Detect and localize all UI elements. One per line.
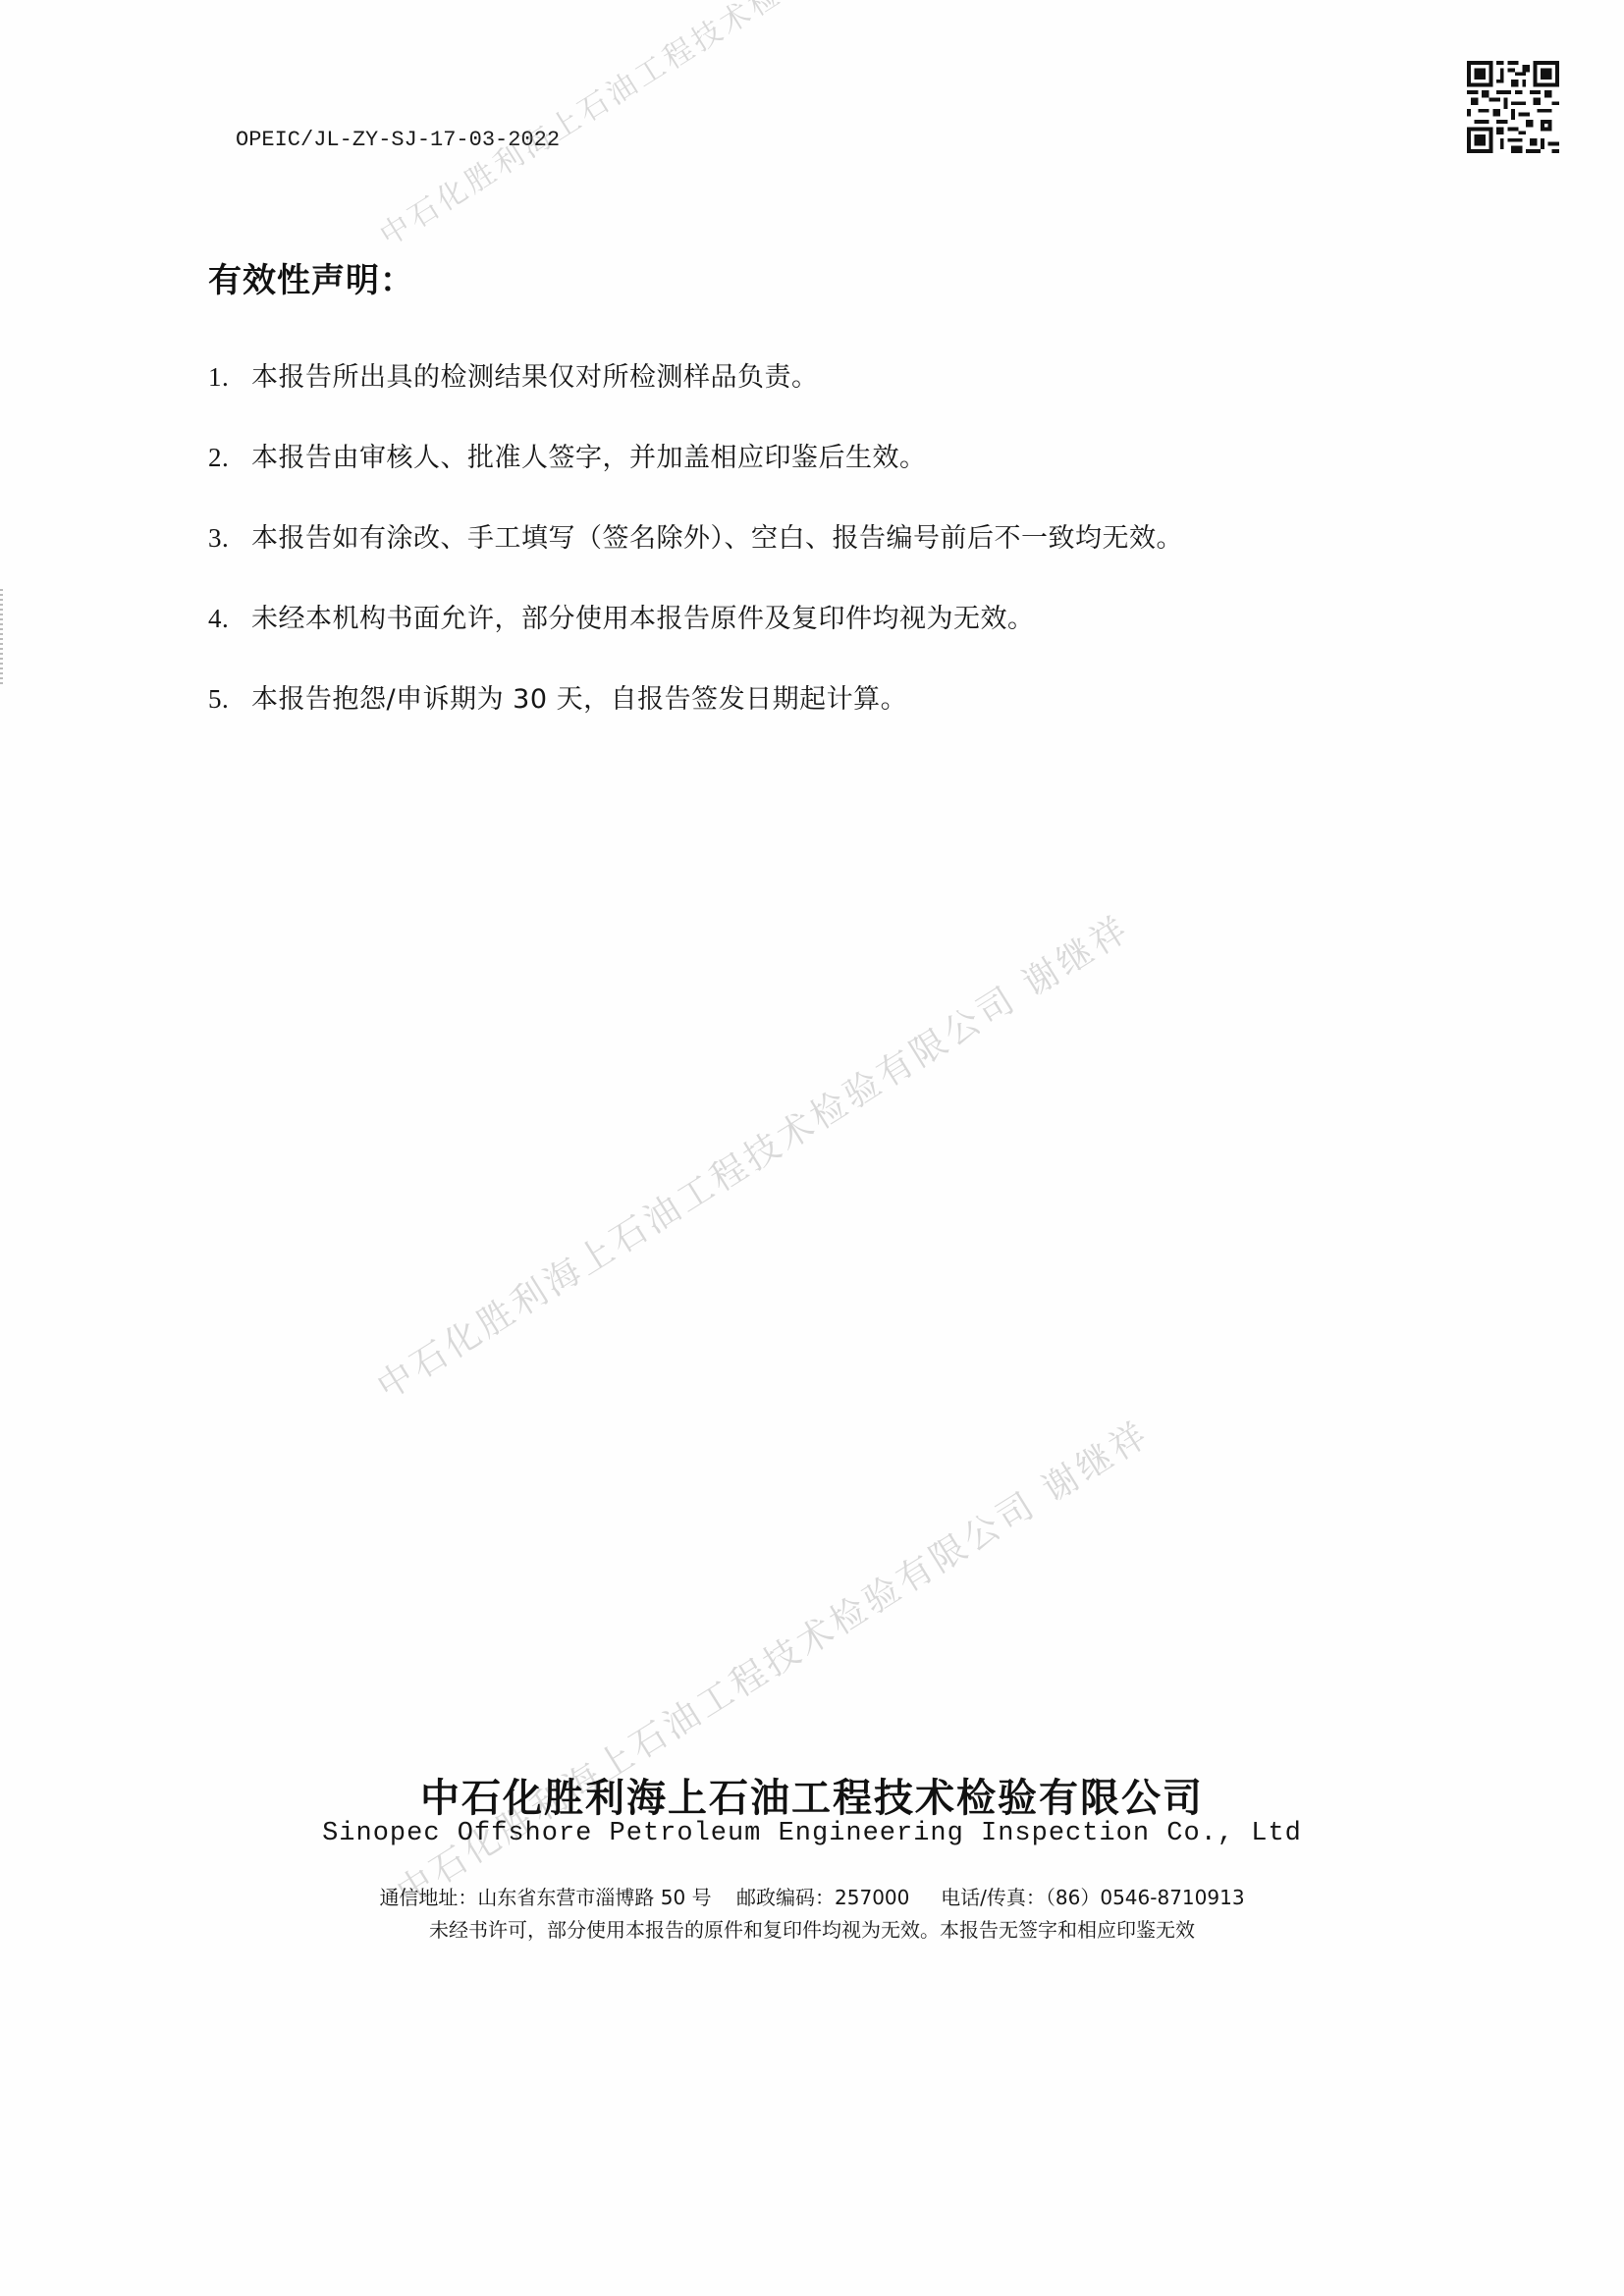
clause-text: 本报告所出具的检测结果仅对所检测样品负责。 — [251, 355, 819, 394]
document-page: OPEIC/JL-ZY-SJ-17-03-2022 — [0, 0, 1624, 2296]
clause-number: 2. — [208, 443, 251, 473]
document-code: OPEIC/JL-ZY-SJ-17-03-2022 — [236, 128, 560, 152]
clause-text: 本报告抱怨/申诉期为 30 天，自报告签发日期起计算。 — [251, 677, 907, 716]
company-name-english: Sinopec Offshore Petroleum Engineering I… — [0, 1819, 1624, 1848]
clause-text: 本报告由审核人、批准人签字，并加盖相应印鉴后生效。 — [251, 436, 927, 474]
company-name-chinese: 中石化胜利海上石油工程技术检验有限公司 — [0, 1767, 1624, 1823]
validity-statement-title: 有效性声明： — [208, 253, 414, 301]
footer-notice: 未经书许可，部分使用本报告的原件和复印件均视为无效。本报告无签字和相应印鉴无效 — [0, 1914, 1624, 1943]
clause-item: 4. 未经本机构书面允许，部分使用本报告原件及复印件均视为无效。 — [208, 597, 1183, 677]
clause-number: 5. — [208, 684, 251, 715]
watermark: 中石化胜利海上石油工程技术检验有限公司 谢继祥 — [366, 901, 1138, 1410]
clause-text: 未经本机构书面允许，部分使用本报告原件及复印件均视为无效。 — [251, 597, 1035, 635]
clause-item: 2. 本报告由审核人、批准人签字，并加盖相应印鉴后生效。 — [208, 436, 1183, 516]
validity-clauses-list: 1. 本报告所出具的检测结果仅对所检测样品负责。 2. 本报告由审核人、批准人签… — [208, 355, 1183, 758]
clause-number: 4. — [208, 604, 251, 634]
clause-item: 3. 本报告如有涂改、手工填写（签名除外）、空白、报告编号前后不一致均无效。 — [208, 516, 1183, 597]
clause-text: 本报告如有涂改、手工填写（签名除外）、空白、报告编号前后不一致均无效。 — [251, 516, 1183, 555]
clause-number: 1. — [208, 362, 251, 393]
clause-item: 5. 本报告抱怨/申诉期为 30 天，自报告签发日期起计算。 — [208, 677, 1183, 758]
clause-item: 1. 本报告所出具的检测结果仅对所检测样品负责。 — [208, 355, 1183, 436]
scan-edge-mark — [0, 589, 3, 687]
qr-code-icon — [1467, 61, 1559, 153]
clause-number: 3. — [208, 523, 251, 554]
footer-contact-info: 通信地址：山东省东营市淄博路 50 号 邮政编码：257000 电话/传真：（8… — [0, 1882, 1624, 1910]
